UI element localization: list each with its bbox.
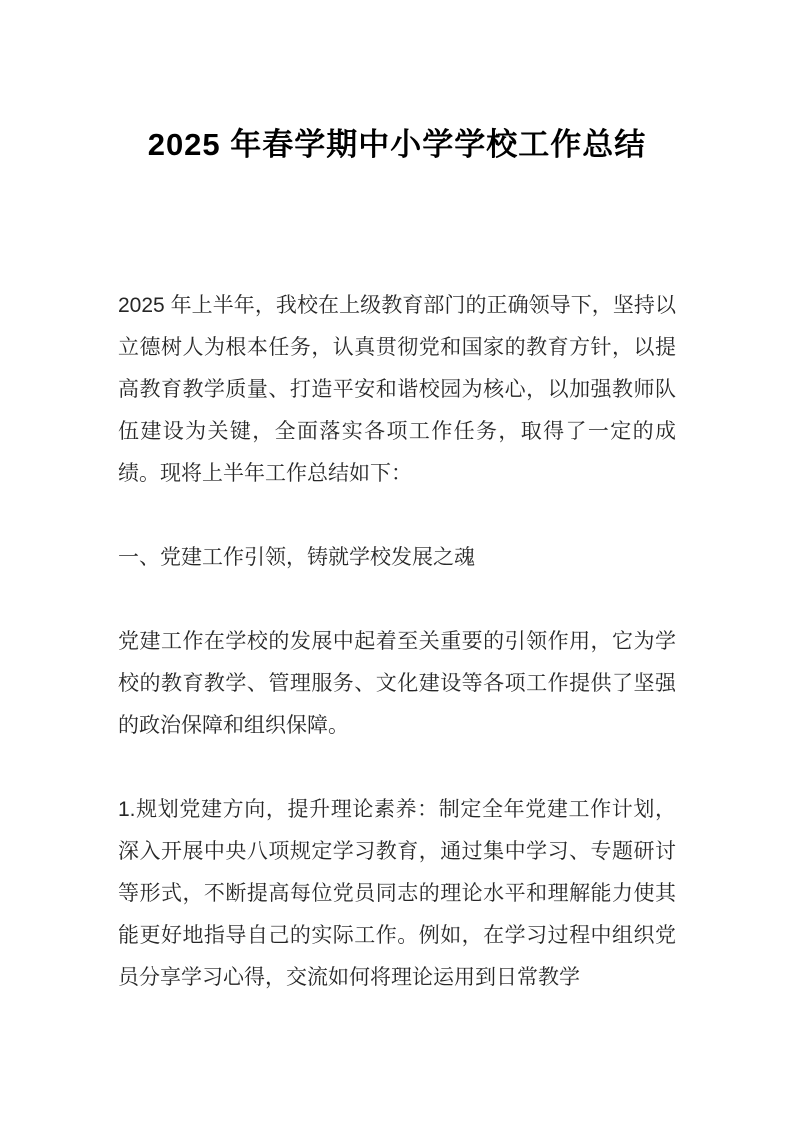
paragraph: 1.规划党建方向，提升理论素养：制定全年党建工作计划，深入开展中央八项规定学习教… xyxy=(118,789,676,999)
document-title: 2025 年春学期中小学学校工作总结 xyxy=(0,0,793,169)
document-page: 2025 年春学期中小学学校工作总结 2025 年上半年，我校在上级教育部门的正… xyxy=(0,0,793,1122)
paragraph: 2025 年上半年，我校在上级教育部门的正确领导下，坚持以立德树人为根本任务，认… xyxy=(118,285,676,495)
document-body: 2025 年上半年，我校在上级教育部门的正确领导下，坚持以立德树人为根本任务，认… xyxy=(0,285,793,999)
paragraph: 党建工作在学校的发展中起着至关重要的引领作用，它为学校的教育教学、管理服务、文化… xyxy=(118,621,676,747)
section-heading: 一、党建工作引领，铸就学校发展之魂 xyxy=(118,537,676,579)
